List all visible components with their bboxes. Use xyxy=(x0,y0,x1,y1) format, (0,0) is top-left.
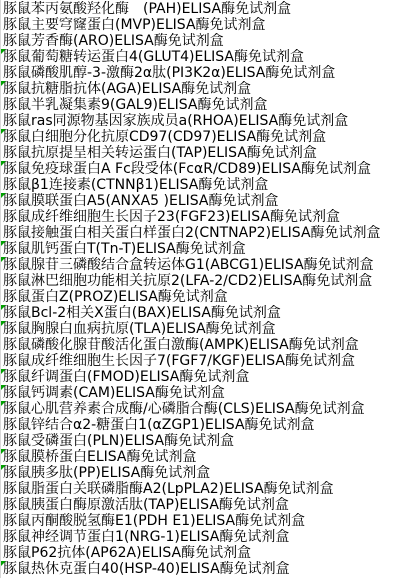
product-list-item[interactable]: 豚鼠抗糖脂抗体(AGA)ELISA酶免试剂盒 xyxy=(1,81,410,97)
product-name-text: 豚鼠半乳凝集素9(GAL9)ELISA酶免试剂盒 xyxy=(3,97,267,113)
product-list-item[interactable]: 豚鼠腺苷三磷酸结合盒转运体G1(ABCG1)ELISA酶免试剂盒 xyxy=(1,257,410,273)
cell-corner-indicator-icon xyxy=(1,369,6,374)
cell-corner-indicator-icon xyxy=(1,81,6,86)
product-name-text: 豚鼠脂蛋白关联磷脂酶A2(LpPLA2)ELISA酶免试剂盒 xyxy=(3,481,334,497)
cell-corner-indicator-icon xyxy=(1,401,6,406)
cell-corner-indicator-icon xyxy=(1,465,6,470)
product-list-item[interactable]: 豚鼠膜桥蛋白ELISA酶免试剂盒 xyxy=(1,449,410,465)
product-list-item[interactable]: 豚鼠膜联蛋白A5(ANXA5 )ELISA酶免试剂盒 xyxy=(1,193,410,209)
product-name-text: 豚鼠白细胞分化抗原CD97(CD97)ELISA酶免试剂盒 xyxy=(3,129,326,145)
product-name-text: 豚鼠成纤维细胞生长因子7(FGF7/KGF)ELISA酶免试剂盒 xyxy=(3,353,355,369)
product-name-text: 豚鼠主要穹窿蛋白(MVP)ELISA酶免试剂盒 xyxy=(3,17,266,33)
product-name-text: 豚鼠ras同源物基因家族成员a(RHOA)ELISA酶免试剂盒 xyxy=(3,113,348,129)
product-list-item[interactable]: 豚鼠胰蛋白酶原激活肽(TAP)ELISA酶免试剂盒 xyxy=(1,497,410,513)
cell-corner-indicator-icon xyxy=(1,241,6,246)
product-list: 豚鼠苯丙氨酸羟化酶 (PAH)ELISA酶免试剂盒豚鼠主要穹窿蛋白(MVP)EL… xyxy=(1,1,410,577)
cell-corner-indicator-icon xyxy=(1,257,6,262)
product-name-text: 豚鼠心肌营养素合成酶/心磷脂合酶(CLS)ELISA酶免试剂盒 xyxy=(3,401,365,417)
product-name-text: 豚鼠热休克蛋白40(HSP-40)ELISA酶免试剂盒 xyxy=(3,561,290,577)
product-list-item[interactable]: 豚鼠接触蛋白相关蛋白样蛋白2(CNTNAP2)ELISA酶免试剂盒 xyxy=(1,225,410,241)
product-list-item[interactable]: 豚鼠免疫球蛋白A Fc段受体(FcαR/CD89)ELISA酶免试剂盒 xyxy=(1,161,410,177)
product-list-item[interactable]: 豚鼠成纤维细胞生长因子23(FGF23)ELISA酶免试剂盒 xyxy=(1,209,410,225)
product-list-item[interactable]: 豚鼠淋巴细胞功能相关抗原2(LFA-2/CD2)ELISA酶免试剂盒 xyxy=(1,273,410,289)
product-name-text: 豚鼠胰多肽(PP)ELISA酶免试剂盒 xyxy=(3,465,210,481)
cell-corner-indicator-icon xyxy=(1,161,6,166)
product-name-text: 豚鼠芳香酶(ARO)ELISA酶免试剂盒 xyxy=(3,33,224,49)
product-name-text: 豚鼠抗原提呈相关转运蛋白(TAP)ELISA酶免试剂盒 xyxy=(3,145,317,161)
cell-corner-indicator-icon xyxy=(1,385,6,390)
product-name-text: 豚鼠膜桥蛋白ELISA酶免试剂盒 xyxy=(3,449,197,465)
product-name-text: 豚鼠神经调节蛋白1(NRG-1)ELISA酶免试剂盒 xyxy=(3,529,289,545)
cell-corner-indicator-icon xyxy=(1,193,6,198)
product-list-item[interactable]: 豚鼠芳香酶(ARO)ELISA酶免试剂盒 xyxy=(1,33,410,49)
cell-corner-indicator-icon xyxy=(1,305,6,310)
product-list-item[interactable]: 豚鼠ras同源物基因家族成员a(RHOA)ELISA酶免试剂盒 xyxy=(1,113,410,129)
product-list-item[interactable]: 豚鼠胸腺白血病抗原(TLA)ELISA酶免试剂盒 xyxy=(1,321,410,337)
product-list-item[interactable]: 豚鼠肌钙蛋白T(Tn-T)ELISA酶免试剂盒 xyxy=(1,241,410,257)
product-list-item[interactable]: 豚鼠纤调蛋白(FMOD)ELISA酶免试剂盒 xyxy=(1,369,410,385)
product-name-text: 豚鼠腺苷三磷酸结合盒转运体G1(ABCG1)ELISA酶免试剂盒 xyxy=(3,257,374,273)
product-name-text: 豚鼠葡萄糖转运蛋白4(GLUT4)ELISA酶免试剂盒 xyxy=(3,49,304,65)
product-name-text: 豚鼠受磷蛋白(PLN)ELISA酶免试剂盒 xyxy=(3,433,234,449)
product-list-item[interactable]: 豚鼠脂蛋白关联磷脂酶A2(LpPLA2)ELISA酶免试剂盒 xyxy=(1,481,410,497)
product-name-text: 豚鼠胸腺白血病抗原(TLA)ELISA酶免试剂盒 xyxy=(3,321,276,337)
product-list-item[interactable]: 豚鼠热休克蛋白40(HSP-40)ELISA酶免试剂盒 xyxy=(1,561,410,577)
product-list-item[interactable]: 豚鼠丙酮酸脱氢酶E1(PDH E1)ELISA酶免试剂盒 xyxy=(1,513,410,529)
cell-corner-indicator-icon xyxy=(1,49,6,54)
product-list-item[interactable]: 豚鼠蛋白Z(PROZ)ELISA酶免试剂盒 xyxy=(1,289,410,305)
product-name-text: 豚鼠磷酸肌醇-3-激酶2α肽(PI3K2α)ELISA酶免试剂盒 xyxy=(3,65,335,81)
product-list-item[interactable]: 豚鼠胰多肽(PP)ELISA酶免试剂盒 xyxy=(1,465,410,481)
product-list-item[interactable]: 豚鼠神经调节蛋白1(NRG-1)ELISA酶免试剂盒 xyxy=(1,529,410,545)
product-name-text: 豚鼠膜联蛋白A5(ANXA5 )ELISA酶免试剂盒 xyxy=(3,193,278,209)
cell-corner-indicator-icon xyxy=(1,561,6,566)
product-name-text: 豚鼠苯丙氨酸羟化酶 (PAH)ELISA酶免试剂盒 xyxy=(3,1,291,17)
product-name-text: 豚鼠胰蛋白酶原激活肽(TAP)ELISA酶免试剂盒 xyxy=(3,497,289,513)
product-list-item[interactable]: 豚鼠成纤维细胞生长因子7(FGF7/KGF)ELISA酶免试剂盒 xyxy=(1,353,410,369)
product-name-text: 豚鼠磷酸化腺苷酸活化蛋白激酶(AMPK)ELISA酶免试剂盒 xyxy=(3,337,359,353)
product-list-item[interactable]: 豚鼠白细胞分化抗原CD97(CD97)ELISA酶免试剂盒 xyxy=(1,129,410,145)
product-list-item[interactable]: 豚鼠半乳凝集素9(GAL9)ELISA酶免试剂盒 xyxy=(1,97,410,113)
page: 豚鼠苯丙氨酸羟化酶 (PAH)ELISA酶免试剂盒豚鼠主要穹窿蛋白(MVP)EL… xyxy=(0,0,410,578)
product-name-text: 豚鼠成纤维细胞生长因子23(FGF23)ELISA酶免试剂盒 xyxy=(3,209,340,225)
product-name-text: 豚鼠淋巴细胞功能相关抗原2(LFA-2/CD2)ELISA酶免试剂盒 xyxy=(3,273,372,289)
product-name-text: 豚鼠肌钙蛋白T(Tn-T)ELISA酶免试剂盒 xyxy=(3,241,246,257)
product-name-text: 豚鼠接触蛋白相关蛋白样蛋白2(CNTNAP2)ELISA酶免试剂盒 xyxy=(3,225,381,241)
product-list-item[interactable]: 豚鼠葡萄糖转运蛋白4(GLUT4)ELISA酶免试剂盒 xyxy=(1,49,410,65)
product-name-text: 豚鼠β1连接素(CTNNβ1)ELISA酶免试剂盒 xyxy=(3,177,268,193)
product-list-item[interactable]: 豚鼠P62抗体(AP62A)ELISA酶免试剂盒 xyxy=(1,545,410,561)
product-name-text: 豚鼠蛋白Z(PROZ)ELISA酶免试剂盒 xyxy=(3,289,228,305)
product-name-text: 豚鼠P62抗体(AP62A)ELISA酶免试剂盒 xyxy=(3,545,251,561)
cell-corner-indicator-icon xyxy=(1,321,6,326)
product-list-item[interactable]: 豚鼠锌结合α2-糖蛋白1(αZGP1)ELISA酶免试剂盒 xyxy=(1,417,410,433)
product-list-item[interactable]: 豚鼠受磷蛋白(PLN)ELISA酶免试剂盒 xyxy=(1,433,410,449)
product-list-item[interactable]: 豚鼠磷酸肌醇-3-激酶2α肽(PI3K2α)ELISA酶免试剂盒 xyxy=(1,65,410,81)
cell-corner-indicator-icon xyxy=(1,129,6,134)
product-name-text: 豚鼠Bcl-2相关X蛋白(BAX)ELISA酶免试剂盒 xyxy=(3,305,281,321)
product-name-text: 豚鼠丙酮酸脱氢酶E1(PDH E1)ELISA酶免试剂盒 xyxy=(3,513,305,529)
product-list-item[interactable]: 豚鼠抗原提呈相关转运蛋白(TAP)ELISA酶免试剂盒 xyxy=(1,145,410,161)
cell-corner-indicator-icon xyxy=(1,449,6,454)
product-list-item[interactable]: 豚鼠β1连接素(CTNNβ1)ELISA酶免试剂盒 xyxy=(1,177,410,193)
product-list-item[interactable]: 豚鼠Bcl-2相关X蛋白(BAX)ELISA酶免试剂盒 xyxy=(1,305,410,321)
product-name-text: 豚鼠钙调素(CAM)ELISA酶免试剂盒 xyxy=(3,385,225,401)
product-list-item[interactable]: 豚鼠钙调素(CAM)ELISA酶免试剂盒 xyxy=(1,385,410,401)
product-name-text: 豚鼠纤调蛋白(FMOD)ELISA酶免试剂盒 xyxy=(3,369,249,385)
product-list-item[interactable]: 豚鼠苯丙氨酸羟化酶 (PAH)ELISA酶免试剂盒 xyxy=(1,1,410,17)
product-name-text: 豚鼠免疫球蛋白A Fc段受体(FcαR/CD89)ELISA酶免试剂盒 xyxy=(3,161,371,177)
product-list-item[interactable]: 豚鼠主要穹窿蛋白(MVP)ELISA酶免试剂盒 xyxy=(1,17,410,33)
product-list-item[interactable]: 豚鼠磷酸化腺苷酸活化蛋白激酶(AMPK)ELISA酶免试剂盒 xyxy=(1,337,410,353)
product-name-text: 豚鼠抗糖脂抗体(AGA)ELISA酶免试剂盒 xyxy=(3,81,251,97)
product-list-item[interactable]: 豚鼠心肌营养素合成酶/心磷脂合酶(CLS)ELISA酶免试剂盒 xyxy=(1,401,410,417)
product-name-text: 豚鼠锌结合α2-糖蛋白1(αZGP1)ELISA酶免试剂盒 xyxy=(3,417,315,433)
